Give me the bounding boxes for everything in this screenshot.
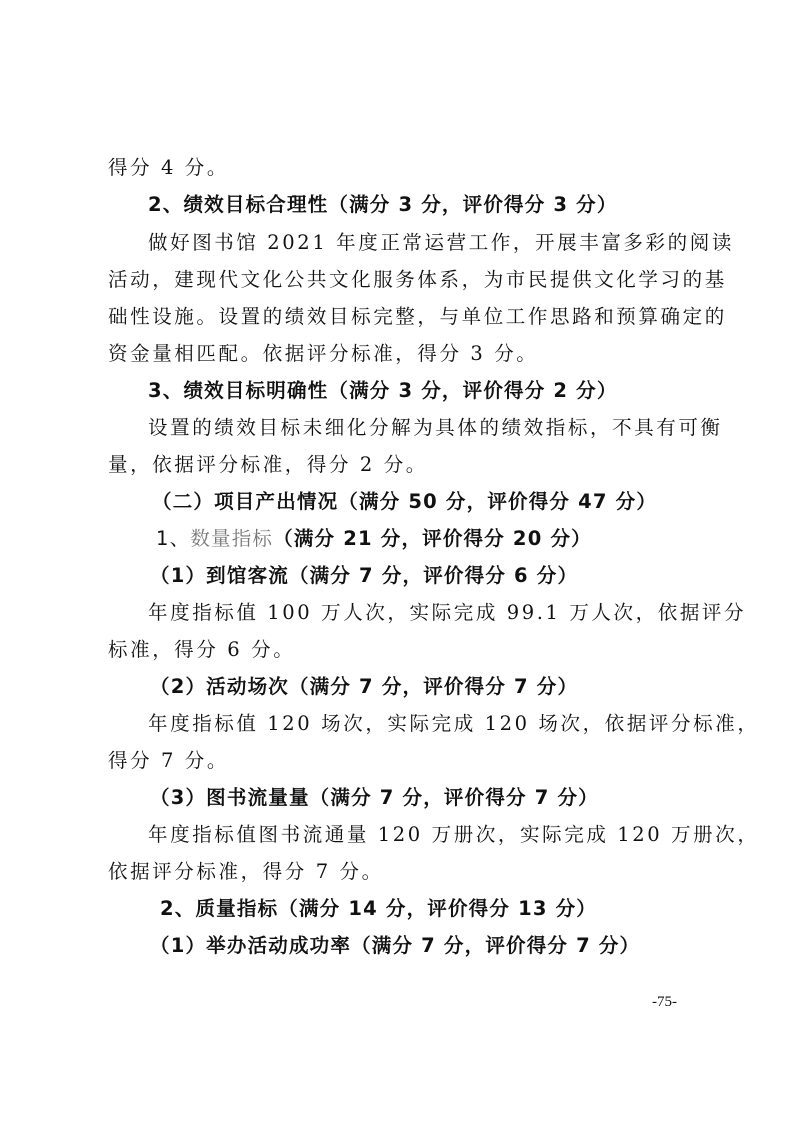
section-heading-project-output: （二）项目产出情况（满分 50 分，评价得分 47 分） (152, 490, 657, 514)
paragraph-line: 设置的绩效目标未细化分解为具体的绩效指标，不具有可衡 (148, 416, 723, 440)
section-heading-quantity-indicator: 1、数量指标（满分 21 分，评价得分 20 分） (156, 527, 592, 551)
paragraph-line: 做好图书馆 2021 年度正常运营工作，开展丰富多彩的阅读 (148, 231, 734, 255)
paragraph-line: 标准，得分 6 分。 (108, 638, 295, 662)
paragraph-line: 量，依据评分标准，得分 2 分。 (108, 453, 428, 477)
heading-score: （满分 21 分，评价得分 20 分） (273, 527, 592, 550)
section-heading-quality-indicator: 2、质量指标（满分 14 分，评价得分 13 分） (160, 897, 597, 921)
paragraph-line: 年度指标值 120 场次，实际完成 120 场次，依据评分标准， (148, 712, 759, 736)
paragraph-line: 年度指标值 100 万人次，实际完成 99.1 万人次，依据评分 (148, 601, 746, 625)
paragraph-line: 础性设施。设置的绩效目标完整，与单位工作思路和预算确定的 (108, 305, 727, 329)
subsection-heading-book-circulation: （3）图书流量量（满分 7 分，评价得分 7 分） (150, 786, 599, 810)
paragraph-line: 得分 7 分。 (108, 749, 229, 773)
section-heading-goal-rationality: 2、绩效目标合理性（满分 3 分，评价得分 3 分） (148, 193, 618, 217)
page-number: -75- (652, 994, 677, 1011)
paragraph-line: 得分 4 分。 (108, 156, 229, 180)
subsection-heading-activity-success-rate: （1）举办活动成功率（满分 7 分，评价得分 7 分） (150, 934, 640, 958)
section-heading-goal-clarity: 3、绩效目标明确性（满分 3 分，评价得分 2 分） (148, 379, 618, 403)
paragraph-line: 资金量相匹配。依据评分标准，得分 3 分。 (108, 342, 538, 366)
heading-muted-label: 数量指标 (190, 527, 273, 550)
paragraph-line: 依据评分标准，得分 7 分。 (108, 860, 384, 884)
heading-prefix: 1、 (156, 527, 190, 550)
subsection-heading-activity-sessions: （2）活动场次（满分 7 分，评价得分 7 分） (150, 675, 578, 699)
subsection-heading-visitor-flow: （1）到馆客流（满分 7 分，评价得分 6 分） (150, 564, 578, 588)
paragraph-line: 年度指标值图书流通量 120 万册次，实际完成 120 万册次， (148, 823, 759, 847)
paragraph-line: 活动，建现代文化公共文化服务体系，为市民提供文化学习的基 (108, 268, 727, 292)
